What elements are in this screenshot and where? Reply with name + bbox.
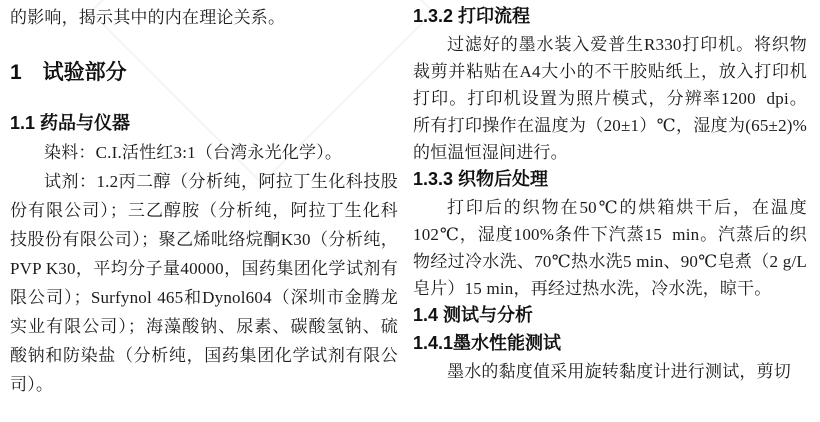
text-line: 皂片）15 min，再经过热水洗，冷水洗，晾干。 [413, 275, 807, 302]
heading-1-3-2: 1.3.2 打印流程 [413, 3, 807, 29]
text-line: 染料：C.I.活性红3:1（台湾永光化学）。 [10, 138, 398, 167]
right-column: 1.3.2 打印流程过滤好的墨水装入爱普生R330打印机。将织物裁剪并粘贴在A4… [413, 0, 807, 385]
paragraph-printing-process: 过滤好的墨水装入爱普生R330打印机。将织物裁剪并粘贴在A4大小的不干胶贴纸上，… [413, 31, 807, 166]
paragraph-fabric-posttreatment: 打印后的织物在50℃的烘箱烘干后，在温度102℃，湿度100%条件下汽蒸15 m… [413, 194, 807, 302]
text-line: 物经过冷水洗、70℃热水洗5 min、90℃皂煮（2 g/L [413, 248, 807, 275]
paragraph-dyes: 染料：C.I.活性红3:1（台湾永光化学）。 [10, 138, 398, 167]
heading-1-3-3: 1.3.3 织物后处理 [413, 166, 807, 192]
text-line: 过滤好的墨水装入爱普生R330打印机。将织物 [413, 31, 807, 58]
intro-paragraph-tail: 的影响，揭示其中的内在理论关系。 [10, 3, 398, 32]
paragraph-ink-testing: 墨水的黏度值采用旋转黏度计进行测试，剪切 [413, 358, 807, 385]
text-line: 裁剪并粘贴在A4大小的不干胶贴纸上，放入打印机 [413, 58, 807, 85]
left-column: 的影响，揭示其中的内在理论关系。1 试验部分1.1 药品与仪器染料：C.I.活性… [10, 0, 398, 399]
text-line: 所有打印操作在温度为（20±1）℃，湿度为(65±2)% [413, 112, 807, 139]
text-line: 实业有限公司）；海藻酸钠、尿素、碳酸氢钠、硫 [10, 312, 398, 341]
paragraph-reagents: 试剂：1.2丙二醇（分析纯，阿拉丁生化科技股份有限公司）；三乙醇胺（分析纯，阿拉… [10, 167, 398, 399]
heading-1-4: 1.4 测试与分析 [413, 302, 807, 328]
text-line: 打印。打印机设置为照片模式，分辨率1200 dpi。 [413, 85, 807, 112]
heading-1-4-1: 1.4.1墨水性能测试 [413, 330, 807, 356]
text-line: 酸钠和防染盐（分析纯，国药集团化学试剂有限公 [10, 341, 398, 370]
heading-1-1: 1.1 药品与仪器 [10, 110, 398, 136]
text-line: 限公司）；Surfynol 465和Dynol604（深圳市金腾龙 [10, 283, 398, 312]
text-line: 司）。 [10, 370, 398, 399]
text-line: 的恒温恒湿间进行。 [413, 139, 807, 166]
heading-1: 1 试验部分 [10, 58, 398, 88]
text-line: 的影响，揭示其中的内在理论关系。 [10, 3, 398, 32]
document-page: 的影响，揭示其中的内在理论关系。1 试验部分1.1 药品与仪器染料：C.I.活性… [0, 0, 820, 422]
text-line: PVP K30，平均分子量40000，国药集团化学试剂有 [10, 254, 398, 283]
text-line: 102℃，湿度100%条件下汽蒸15 min。汽蒸后的织 [413, 221, 807, 248]
text-line: 份有限公司）；三乙醇胺（分析纯，阿拉丁生化科 [10, 196, 398, 225]
text-line: 试剂：1.2丙二醇（分析纯，阿拉丁生化科技股 [10, 167, 398, 196]
text-line: 打印后的织物在50℃的烘箱烘干后，在温度 [413, 194, 807, 221]
text-line: 技股份有限公司）；聚乙烯吡络烷酮K30（分析纯， [10, 225, 398, 254]
text-line: 墨水的黏度值采用旋转黏度计进行测试，剪切 [413, 358, 807, 385]
